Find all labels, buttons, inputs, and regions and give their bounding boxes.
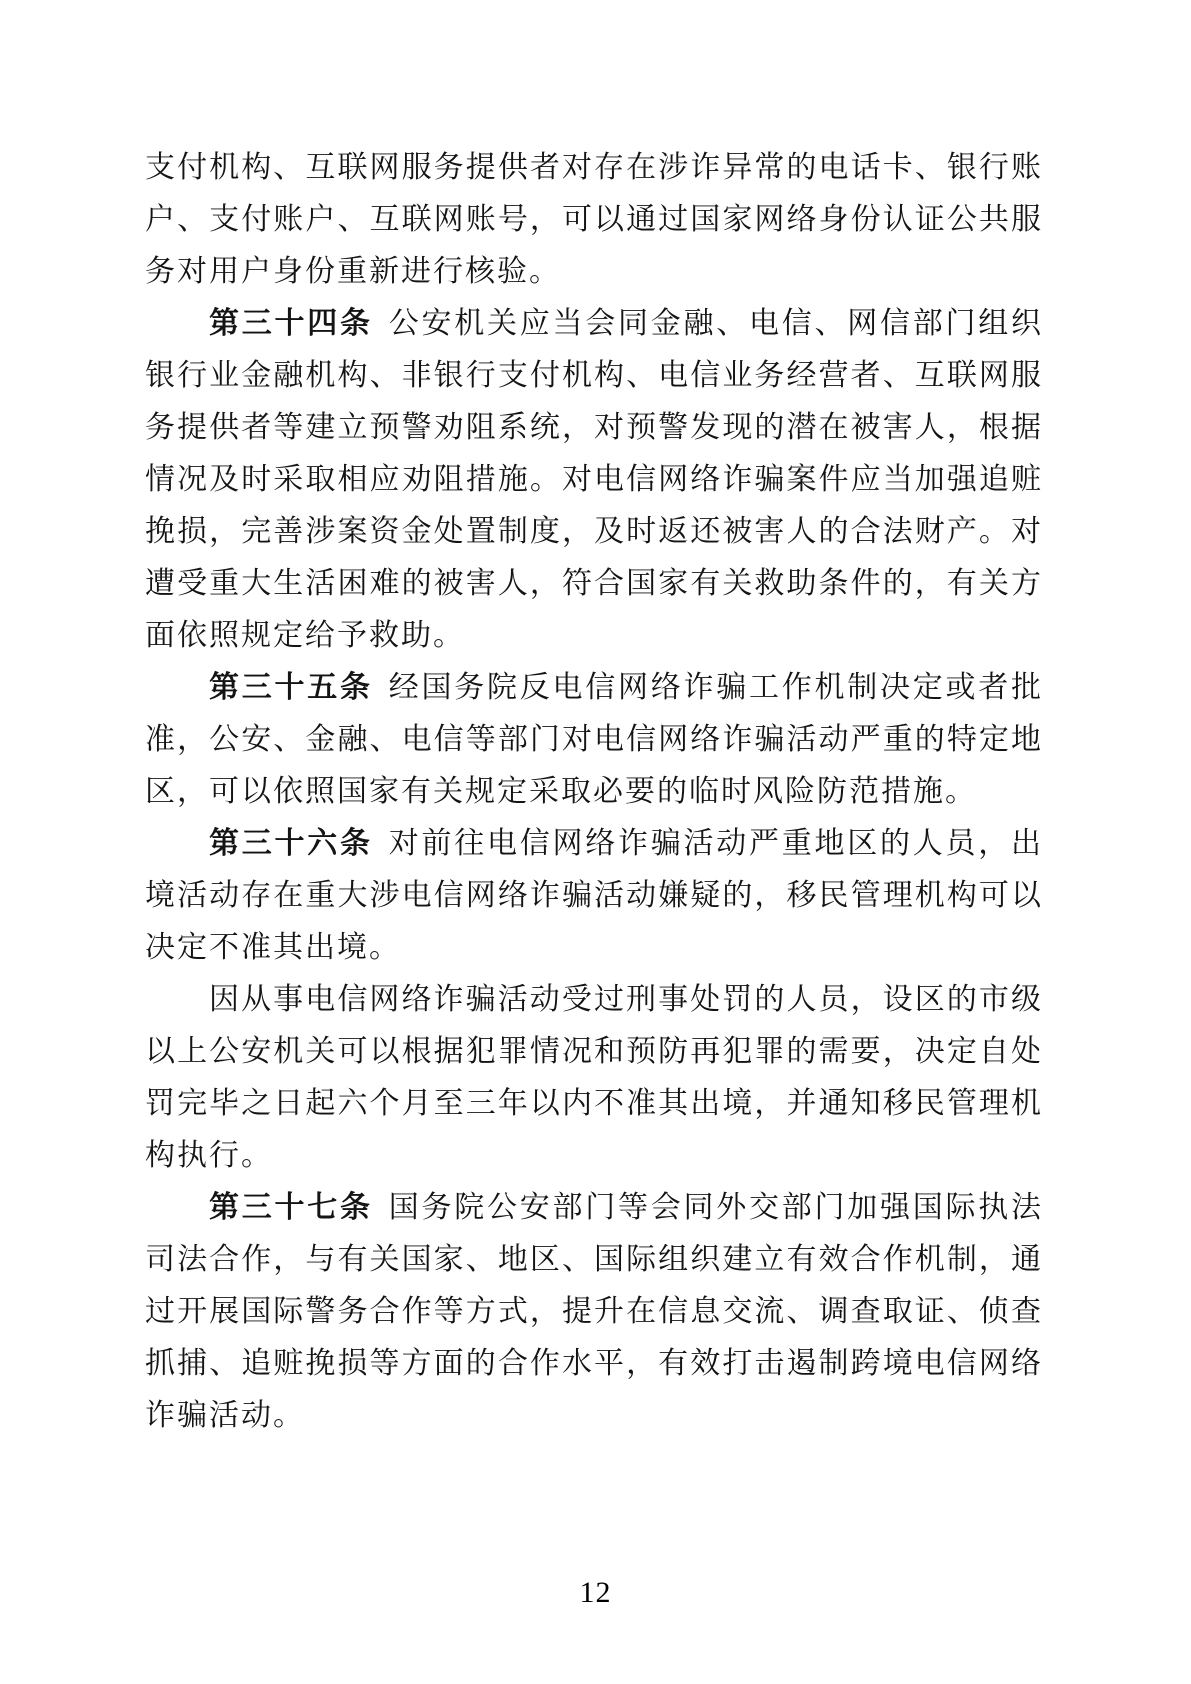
article-37-number: 第三十七条 bbox=[209, 1191, 373, 1224]
article-35-number: 第三十五条 bbox=[209, 671, 373, 704]
article-36-paragraph: 第三十六条对前往电信网络诈骗活动严重地区的人员，出境活动存在重大涉电信网络诈骗活… bbox=[145, 818, 1043, 974]
article-34-paragraph: 第三十四条公安机关应当会同金融、电信、网信部门组织银行业金融机构、非银行支付机构… bbox=[145, 298, 1043, 662]
article-35-paragraph: 第三十五条经国务院反电信网络诈骗工作机制决定或者批准，公安、金融、电信等部门对电… bbox=[145, 662, 1043, 818]
article-33-continuation-paragraph: 支付机构、互联网服务提供者对存在涉诈异常的电话卡、银行账户、支付账户、互联网账号… bbox=[145, 142, 1043, 298]
article-36-number: 第三十六条 bbox=[209, 827, 373, 860]
paragraph-text: 公安机关应当会同金融、电信、网信部门组织银行业金融机构、非银行支付机构、电信业务… bbox=[145, 307, 1043, 652]
document-text-block: 支付机构、互联网服务提供者对存在涉诈异常的电话卡、银行账户、支付账户、互联网账号… bbox=[145, 142, 1043, 1442]
paragraph-text: 支付机构、互联网服务提供者对存在涉诈异常的电话卡、银行账户、支付账户、互联网账号… bbox=[145, 151, 1043, 288]
article-36-second-paragraph: 因从事电信网络诈骗活动受过刑事处罚的人员，设区的市级以上公安机关可以根据犯罪情况… bbox=[145, 974, 1043, 1182]
article-37-paragraph: 第三十七条国务院公安部门等会同外交部门加强国际执法司法合作，与有关国家、地区、国… bbox=[145, 1182, 1043, 1442]
article-34-number: 第三十四条 bbox=[209, 307, 373, 340]
page-number: 12 bbox=[0, 1576, 1191, 1610]
document-page: 支付机构、互联网服务提供者对存在涉诈异常的电话卡、银行账户、支付账户、互联网账号… bbox=[0, 0, 1191, 1684]
paragraph-text: 国务院公安部门等会同外交部门加强国际执法司法合作，与有关国家、地区、国际组织建立… bbox=[145, 1191, 1043, 1432]
paragraph-text: 因从事电信网络诈骗活动受过刑事处罚的人员，设区的市级以上公安机关可以根据犯罪情况… bbox=[145, 983, 1043, 1172]
